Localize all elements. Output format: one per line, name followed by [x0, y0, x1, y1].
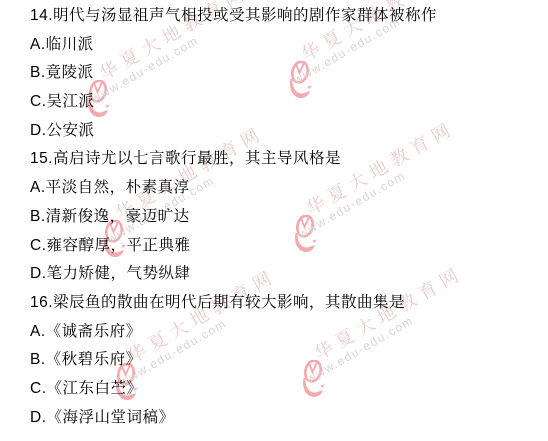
- question-16-option-c: C.《江东白苎》: [30, 375, 548, 404]
- question-14-stem: 14.明代与汤显祖声气相投或受其影响的剧作家群体被称作: [30, 2, 548, 31]
- question-14-option-c: C.吴江派: [30, 88, 548, 117]
- question-14-option-a: A.临川派: [30, 31, 548, 60]
- question-15-option-b: B.清新俊逸，豪迈旷达: [30, 203, 548, 232]
- question-15-option-d: D.笔力矫健，气势纵肆: [30, 260, 548, 289]
- question-14-option-b: B.竟陵派: [30, 59, 548, 88]
- exam-document-page: 华夏大地教育网 www.edu-edu.com 华夏大地教育网 www.edu-…: [0, 0, 548, 441]
- question-15-option-a: A.平淡自然，朴素真淳: [30, 174, 548, 203]
- question-15-option-c: C.雍容醇厚，平正典雅: [30, 232, 548, 261]
- question-16-option-b: B.《秋碧乐府》: [30, 346, 548, 375]
- question-16-option-d: D.《海浮山堂词稿》: [30, 404, 548, 433]
- questions-text-block: 14.明代与汤显祖声气相投或受其影响的剧作家群体被称作 A.临川派 B.竟陵派 …: [0, 0, 548, 432]
- question-15-stem: 15.高启诗尤以七言歌行最胜，其主导风格是: [30, 145, 548, 174]
- question-16-option-a: A.《诚斋乐府》: [30, 318, 548, 347]
- question-14-option-d: D.公安派: [30, 117, 548, 146]
- question-16-stem: 16.梁辰鱼的散曲在明代后期有较大影响，其散曲集是: [30, 289, 548, 318]
